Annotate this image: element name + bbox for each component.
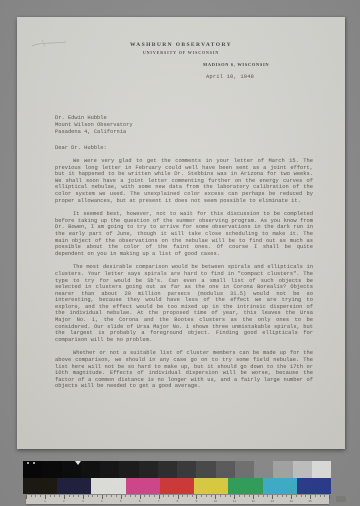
registration-triangle-icon: [75, 461, 81, 465]
corner-smudge: [336, 496, 346, 502]
ruler-tick: [31, 495, 32, 497]
recipient-name: Dr. Edwin Hubble: [55, 115, 133, 122]
ruler-number: 13: [271, 499, 274, 503]
ruler-tick: [50, 495, 51, 497]
color-chip-yellow: [194, 478, 228, 494]
ruler-tick: [130, 495, 131, 497]
ruler-tick: [54, 495, 55, 497]
ruler-number: 4: [101, 499, 103, 503]
ruler-tick: [116, 495, 117, 497]
grayscale-strip: [23, 461, 331, 478]
grayscale-chip: [235, 461, 254, 478]
ruler-tick: [192, 495, 193, 497]
ruler-number: 5: [120, 499, 122, 503]
ruler-tick: [125, 495, 126, 497]
grayscale-chip: [119, 461, 138, 478]
grayscale-chip: [312, 461, 331, 478]
ruler-tick: [296, 495, 297, 497]
ruler: 123456789101112131415: [26, 495, 329, 504]
grayscale-chip: [158, 461, 177, 478]
color-chip-magenta: [126, 478, 160, 494]
archival-scan: WASHBURN OBSERVATORY UNIVERSITY OF WISCO…: [0, 0, 360, 506]
ruler-tick: [329, 495, 330, 499]
ruler-number: 2: [63, 499, 65, 503]
salutation: Dear Dr. Hubble:: [55, 145, 107, 151]
ruler-tick: [211, 495, 212, 497]
ruler-tick: [73, 495, 74, 497]
ruler-tick: [267, 495, 268, 497]
grayscale-chip: [216, 461, 235, 478]
grayscale-chip: [42, 461, 61, 478]
dust-speck: [27, 462, 29, 464]
grayscale-chip: [196, 461, 215, 478]
paragraph-2: It seemed best, however, not to wait for…: [55, 211, 313, 257]
grayscale-chip: [293, 461, 312, 478]
letterhead: WASHBURN OBSERVATORY UNIVERSITY OF WISCO…: [17, 42, 345, 55]
recipient-institution: Mount Wilson Observatory: [55, 122, 133, 129]
ruler-number: 6: [139, 499, 141, 503]
ruler-tick: [26, 495, 27, 499]
grayscale-chip: [254, 461, 273, 478]
letterhead-location: MADISON 6, WISCONSIN: [203, 62, 269, 67]
recipient-address: Dr. Edwin Hubble Mount Wilson Observator…: [55, 115, 133, 135]
ruler-tick: [244, 495, 245, 497]
ruler-tick: [282, 495, 283, 497]
ruler-tick: [263, 495, 264, 497]
ruler-number: 8: [177, 499, 179, 503]
ruler-number: 12: [252, 499, 255, 503]
grayscale-chip: [100, 461, 119, 478]
letter-body: We were very glad to get the comments in…: [55, 158, 313, 397]
letter-date: April 10, 1948: [206, 74, 254, 80]
ruler-tick: [149, 495, 150, 497]
ruler-tick: [301, 495, 302, 497]
color-chip-navy: [57, 478, 91, 494]
ruler-number: 14: [289, 499, 292, 503]
ruler-tick: [92, 495, 93, 497]
ruler-tick: [40, 495, 41, 497]
ruler-tick: [277, 495, 278, 497]
ruler-tick: [239, 495, 240, 497]
ruler-tick: [305, 495, 306, 497]
ruler-tick: [135, 495, 136, 497]
ruler-tick: [88, 495, 89, 497]
ruler-tick: [168, 495, 169, 497]
grayscale-chip: [139, 461, 158, 478]
color-chip-black: [23, 478, 57, 494]
university-name: UNIVERSITY OF WISCONSIN: [17, 50, 345, 55]
ruler-tick: [78, 495, 79, 497]
ruler-number: 15: [308, 499, 311, 503]
ruler-number: 1: [44, 499, 46, 503]
ruler-tick: [154, 495, 155, 497]
ruler-tick: [111, 495, 112, 497]
ruler-tick: [106, 495, 107, 497]
color-strip: [23, 478, 331, 494]
ruler-number: 3: [82, 499, 84, 503]
recipient-city: Pasadena 4, California: [55, 129, 133, 136]
observatory-name: WASHBURN OBSERVATORY: [17, 42, 345, 48]
ruler-tick: [320, 495, 321, 497]
ruler-tick: [59, 495, 60, 497]
ruler-tick: [249, 495, 250, 497]
ruler-tick: [163, 495, 164, 497]
ruler-tick: [69, 495, 70, 497]
color-chip-blue: [297, 478, 331, 494]
ruler-number: 7: [158, 499, 160, 503]
ruler-tick: [35, 495, 36, 497]
letter-page: WASHBURN OBSERVATORY UNIVERSITY OF WISCO…: [17, 17, 345, 449]
ruler-number: 10: [214, 499, 217, 503]
grayscale-chip: [273, 461, 292, 478]
ruler-number: 9: [196, 499, 198, 503]
ruler-tick: [258, 495, 259, 497]
color-chip-green: [228, 478, 262, 494]
ruler-tick: [225, 495, 226, 497]
ruler-tick: [324, 495, 325, 497]
ruler-tick: [182, 495, 183, 497]
ruler-tick: [315, 495, 316, 497]
grayscale-chip: [81, 461, 100, 478]
color-chip-red: [160, 478, 194, 494]
calibration-target: 123456789101112131415: [23, 461, 331, 504]
ruler-tick: [97, 495, 98, 497]
paragraph-1: We were very glad to get the comments in…: [55, 158, 313, 204]
grayscale-chip: [177, 461, 196, 478]
dust-speck: [33, 462, 35, 464]
ruler-tick: [187, 495, 188, 497]
ruler-number: 11: [233, 499, 236, 503]
color-chip-cyan: [263, 478, 297, 494]
ruler-tick: [230, 495, 231, 497]
ruler-tick: [286, 495, 287, 497]
ruler-tick: [220, 495, 221, 497]
ruler-tick: [144, 495, 145, 497]
ruler-tick: [206, 495, 207, 497]
ruler-tick: [201, 495, 202, 497]
paragraph-3: The most desirable comparison would be b…: [55, 264, 313, 343]
paragraph-4: Whether or not a suitable list of cluste…: [55, 350, 313, 390]
ruler-tick: [173, 495, 174, 497]
color-chip-white: [91, 478, 125, 494]
